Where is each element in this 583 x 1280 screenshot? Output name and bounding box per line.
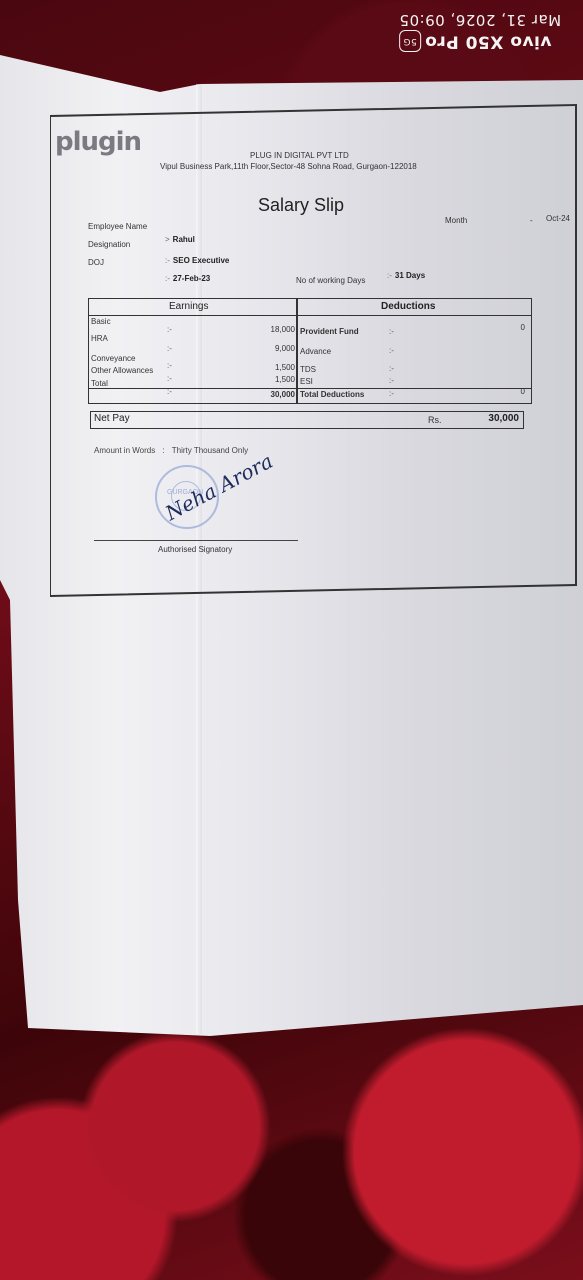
earnings-deductions-table: Earnings Deductions Basic :- 18,000 HRA … (88, 298, 532, 404)
deduction-label-advance: Advance (300, 347, 331, 356)
earning-sep: :- (167, 387, 172, 396)
deduction-sep: :- (389, 327, 394, 336)
earning-sep: :- (167, 361, 172, 370)
earning-amount-hra: 9,000 (235, 344, 295, 353)
net-pay-label: Net Pay (94, 413, 130, 424)
earning-label-hra: HRA (91, 334, 108, 343)
designation-value: :-SEO Executive (165, 256, 229, 265)
doj-value: :-27-Feb-23 (165, 274, 210, 283)
designation-label: Designation (88, 240, 130, 249)
earnings-header: Earnings (169, 301, 208, 312)
company-address: Vipul Business Park,11th Floor,Sector-48… (160, 162, 417, 171)
deduction-sep: :- (389, 376, 394, 385)
deduction-total-value: 0 (465, 387, 525, 396)
signature-line (94, 540, 298, 541)
net-pay-row: Net Pay Rs. 30,000 (90, 411, 524, 429)
earning-sep: :- (167, 344, 172, 353)
employee-name-value: >Rahul (165, 235, 195, 244)
earning-label-other-allowances: Other Allowances (91, 366, 153, 375)
working-days-value: :-31 Days (387, 271, 425, 280)
earning-label-conveyance: Conveyance (91, 354, 135, 363)
deduction-label-pf: Provident Fund (300, 327, 359, 336)
earning-label-basic: Basic (91, 317, 111, 326)
deduction-total-label: Total Deductions (300, 390, 364, 399)
month-label: Month (445, 216, 467, 225)
company-logo: plugin (55, 127, 141, 157)
doj-label: DOJ (88, 258, 104, 267)
authorised-signatory-label: Authorised Signatory (158, 545, 232, 554)
deduction-label-tds: TDS (300, 365, 316, 374)
month-value: Oct-24 (546, 214, 570, 223)
deduction-sep: :- (389, 346, 394, 355)
earning-sep: :- (167, 325, 172, 334)
device-model: vivo X50 Pro5G (399, 30, 561, 52)
header-divider (89, 315, 531, 316)
amount-in-words-label: Amount in Words (94, 446, 155, 455)
deduction-label-esi: ESI (300, 377, 313, 386)
amount-in-words: Amount in Words : Thirty Thousand Only (94, 446, 248, 455)
deductions-header: Deductions (381, 301, 435, 312)
amount-in-words-value: Thirty Thousand Only (172, 446, 248, 455)
deduction-amount-pf: 0 (465, 323, 525, 332)
earning-total-label: Total (91, 379, 108, 388)
photo-watermark: vivo X50 Pro5G Mar 31, 2026, 09:05 (399, 10, 561, 52)
net-pay-currency: Rs. (428, 415, 442, 425)
company-name: PLUG IN DIGITAL PVT LTD (250, 151, 349, 160)
amount-in-words-separator: : (162, 446, 164, 455)
earning-sep: :- (167, 374, 172, 383)
earning-total-value: 30,000 (235, 390, 295, 399)
document-title: Salary Slip (258, 195, 344, 216)
earning-amount-basic: 18,000 (235, 325, 295, 334)
net-pay-value: 30,000 (488, 413, 519, 424)
deduction-sep: :- (389, 364, 394, 373)
deduction-sep: :- (389, 389, 394, 398)
working-days-label: No of working Days (296, 276, 365, 285)
salary-slip: plugin PLUG IN DIGITAL PVT LTD Vipul Bus… (50, 115, 578, 597)
month-separator: - (530, 216, 533, 225)
earning-amount-other-allowances: 1,500 (235, 375, 295, 384)
earning-amount-conveyance: 1,500 (235, 363, 295, 372)
photo-timestamp: Mar 31, 2026, 09:05 (399, 10, 561, 30)
employee-name-label: Employee Name (88, 222, 147, 231)
